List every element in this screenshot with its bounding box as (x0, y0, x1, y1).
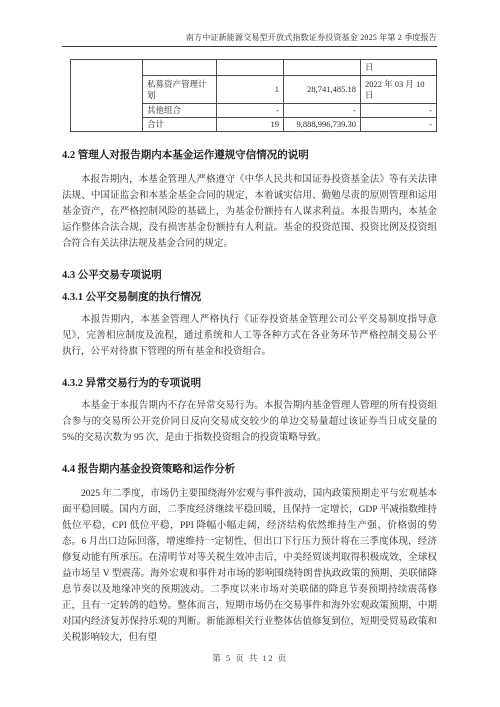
section-4-3-2-heading: 4.3.2 异常交易行为的专项说明 (62, 376, 437, 391)
running-header-title: 南方中证新能源交易型开放式指数证券投资基金 2025 年第 2 季度报告 (62, 33, 437, 43)
cell-label (143, 60, 217, 76)
cell-amount: 9,888,996,739.30 (284, 118, 361, 132)
cell-label: 合计 (143, 118, 217, 132)
cell-count: 19 (217, 118, 284, 132)
cell-label: 其他组合 (143, 104, 217, 118)
section-4-3-1-heading: 4.3.1 公平交易制度的执行情况 (62, 290, 437, 305)
cell-amount (284, 60, 361, 76)
cell-count: - (217, 104, 284, 118)
cell-count: 1 (217, 76, 284, 104)
page-number-footer: 第 5 页 共 12 页 (0, 652, 500, 664)
running-header: 南方中证新能源交易型开放式指数证券投资基金 2025 年第 2 季度报告 (62, 0, 437, 47)
section-4-3: 4.3 公平交易专项说明 4.3.1 公平交易制度的执行情况 本报告期内，本基金… (62, 268, 437, 446)
cell-label: 私募资产管理计划 (143, 76, 217, 104)
section-4-2: 4.2 管理人对报告期内本基金运作遵规守信情况的说明 本报告期内，本基金管理人严… (62, 148, 437, 252)
cell-category-merged (71, 60, 143, 132)
report-page: 南方中证新能源交易型开放式指数证券投资基金 2025 年第 2 季度报告 日 私… (0, 0, 500, 707)
cell-amount: 28,741,485.18 (284, 76, 361, 104)
cell-amount: - (284, 104, 361, 118)
cell-date: 2022 年 03 月 10 日 (361, 76, 437, 104)
cell-date: - (361, 104, 437, 118)
cell-date: 日 (361, 60, 437, 76)
cell-date: - (361, 118, 437, 132)
section-4-4-paragraph: 2025 年二季度，市场仍主要围绕海外宏观与事件波动，国内政策预期走平与宏观基本… (62, 486, 437, 646)
table-row-continued: 日 (71, 60, 437, 76)
cell-count (217, 60, 284, 76)
fund-portfolios-table: 日 私募资产管理计划 1 28,741,485.18 2022 年 03 月 1… (70, 59, 437, 132)
section-4-2-paragraph: 本报告期内，本基金管理人严格遵守《中华人民共和国证券投资基金法》等有关法律法规、… (62, 172, 437, 252)
section-4-3-2-paragraph: 本基金于本报告期内不存在异常交易行为。本报告期内基金管理人管理的所有投资组合参与… (62, 398, 437, 446)
section-4-3-1-paragraph: 本报告期内，本基金管理人严格执行《证券投资基金管理公司公平交易制度指导意见》，完… (62, 312, 437, 360)
section-4-4-heading: 4.4 报告期内基金投资策略和运作分析 (62, 462, 437, 477)
section-4-2-heading: 4.2 管理人对报告期内本基金运作遵规守信情况的说明 (62, 148, 437, 163)
page-content: 南方中证新能源交易型开放式指数证券投资基金 2025 年第 2 季度报告 日 私… (62, 0, 437, 646)
header-rule (62, 46, 437, 47)
section-4-4: 4.4 报告期内基金投资策略和运作分析 2025 年二季度，市场仍主要围绕海外宏… (62, 462, 437, 646)
section-4-3-heading: 4.3 公平交易专项说明 (62, 268, 437, 283)
